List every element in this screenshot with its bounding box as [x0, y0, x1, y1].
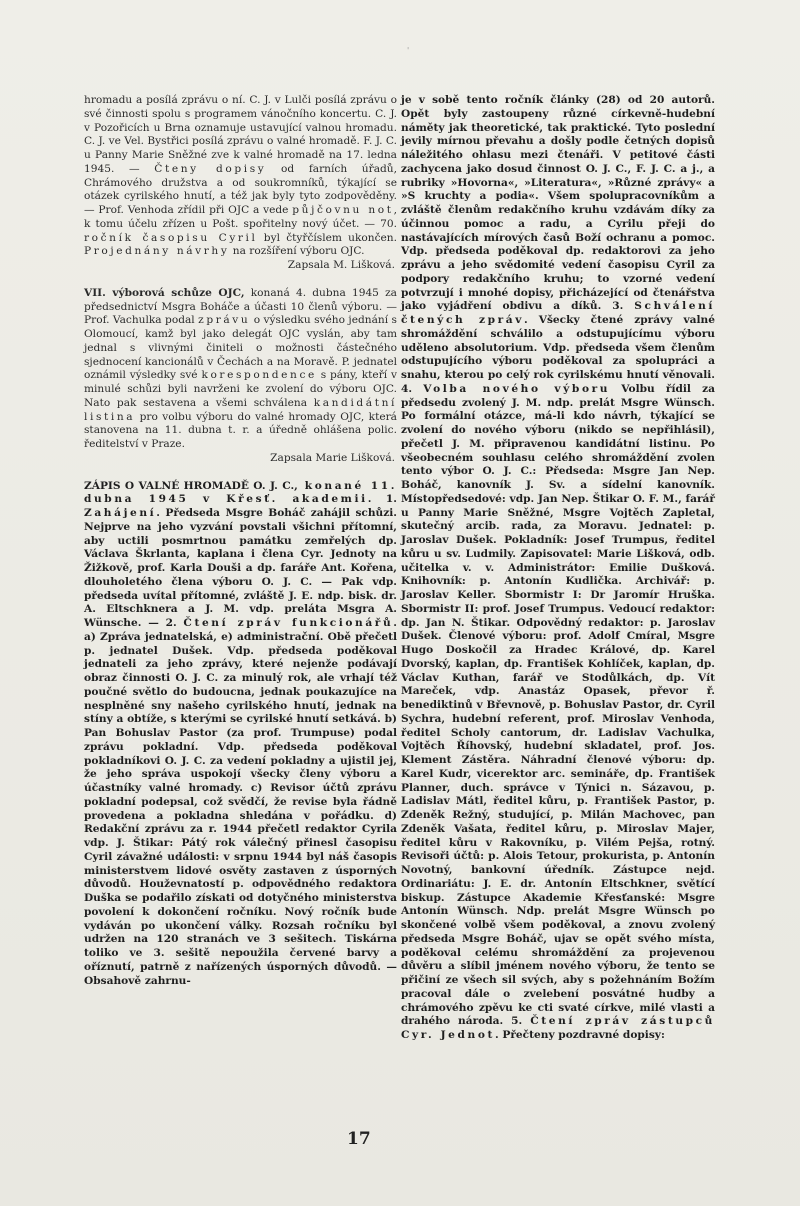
signature-1: Zapsala M. Lišková. — [84, 259, 397, 273]
section-heading-general-assembly: ZÁPIS O VALNÉ HROMADĚ O. J. C., — [84, 480, 298, 492]
section-heading-vii: VII. výborová schůze OJC, — [84, 287, 245, 299]
paragraph-general-assembly: ZÁPIS O VALNÉ HROMADĚ O. J. C., konané 1… — [84, 480, 397, 989]
page-number: 17 — [347, 1129, 371, 1149]
page-top-mark: ' — [407, 46, 409, 55]
paragraph-meeting-notes-end: hromadu a posílá zprávu o ní. C. J. v Lu… — [84, 94, 397, 259]
signature-2: Zapsala Marie Lišková. — [84, 452, 397, 466]
left-column: hromadu a posílá zprávu o ní. C. J. v Lu… — [84, 94, 397, 988]
spacer — [84, 466, 397, 480]
paragraph-committee-meeting-vii: VII. výborová schůze OJC, konaná 4. dubn… — [84, 287, 397, 452]
paragraph-general-assembly-continued: je v sobě tento ročník články (28) od 20… — [401, 94, 715, 1043]
document-page: ' hromadu a posílá zprávu o ní. C. J. v … — [0, 0, 800, 1206]
spacer — [84, 273, 397, 287]
right-column: je v sobě tento ročník články (28) od 20… — [401, 94, 715, 1043]
